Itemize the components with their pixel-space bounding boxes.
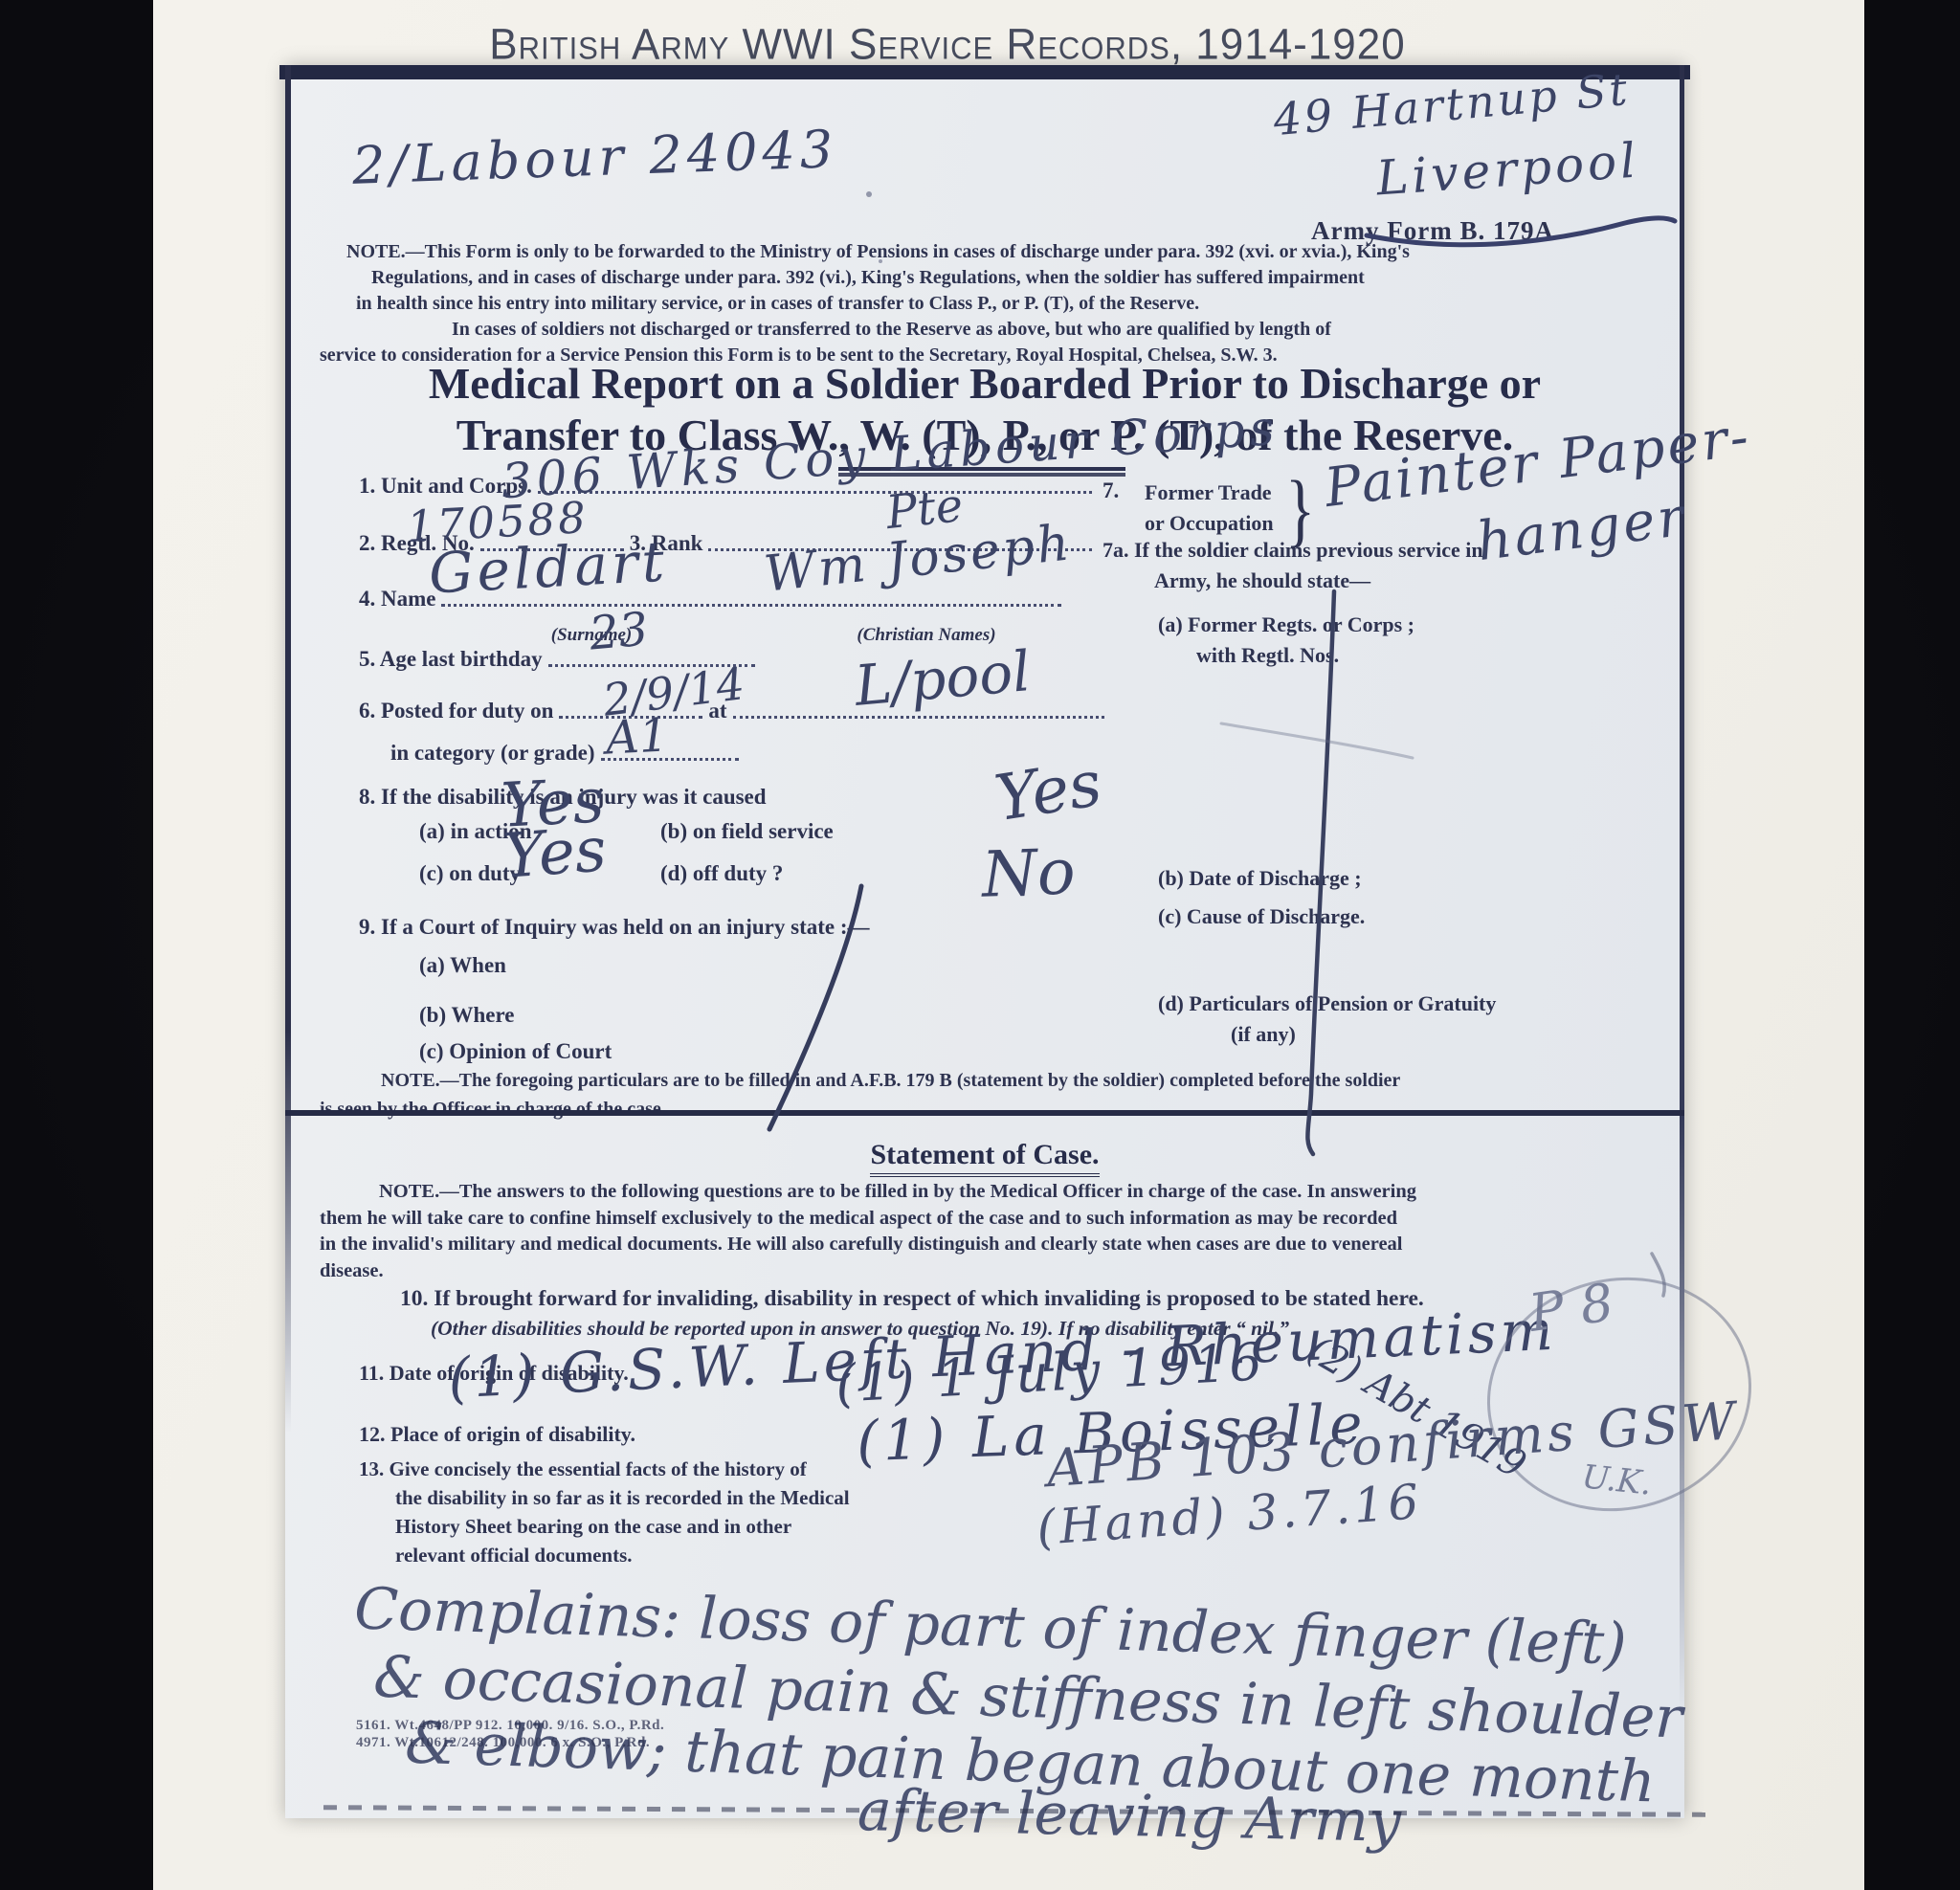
q7a-b: (b) Date of Discharge ; [1158, 866, 1362, 891]
ink-speck1 [866, 191, 872, 197]
q13-line4: relevant official documents. [395, 1541, 850, 1569]
form-title-line1: Medical Report on a Soldier Boarded Prio… [285, 358, 1684, 410]
handwritten-age: 23 [588, 606, 650, 656]
q7a-a2: with Regtl. Nos. [1196, 643, 1339, 668]
print-code-line1: 5161. Wt.4648/PP 912. 10,000. 9/16. S.O.… [356, 1717, 664, 1734]
handwritten-field-service: Yes [991, 752, 1106, 832]
q13-line1: 13. Give concisely the essential facts o… [359, 1455, 850, 1483]
q7a-d1: (d) Particulars of Pension or Gratuity [1158, 991, 1496, 1016]
note3-line2: them he will take care to confine himsel… [320, 1206, 1659, 1233]
statement-of-case-heading: Statement of Case. [746, 1139, 1224, 1171]
handwritten-category: A1 [605, 712, 670, 761]
q13-line3: History Sheet bearing on the case and in… [395, 1512, 850, 1541]
handwritten-on-duty: Yes [501, 819, 609, 887]
q6b-label: in category (or grade) [390, 741, 595, 766]
q4-dotted-line [441, 603, 1061, 607]
q9c-label: (c) Opinion of Court [419, 1039, 612, 1064]
note3-line1: NOTE.—The answers to the following quest… [379, 1179, 1659, 1206]
form-right-border [1680, 65, 1684, 1818]
q6-dotted-line2 [733, 715, 1104, 719]
q13-line2: the disability in so far as it is record… [395, 1483, 850, 1512]
note1-line1: NOTE.—This Form is only to be forwarded … [346, 239, 1638, 265]
photographed-record-page: British Army WWI Service Records, 1914-1… [0, 0, 1960, 1890]
handwritten-posted-place: L/pool [853, 643, 1033, 714]
handwritten-trade-line2: hanger [1474, 491, 1688, 569]
faint-pencil-stroke [1221, 723, 1413, 758]
pencil-uk-note: U.K. [1580, 1460, 1653, 1500]
q7a-a1: (a) Former Regts. or Corps ; [1158, 612, 1414, 637]
handwritten-complaint-line4: after leaving Army [857, 1782, 1401, 1851]
q7a-c: (c) Cause of Discharge. [1158, 904, 1365, 929]
section-divider-rule [285, 1110, 1684, 1116]
form-left-border [285, 65, 291, 1818]
note1-line2: Regulations, and in cases of discharge u… [371, 265, 1638, 291]
note3-line3: in the invalid's military and medical do… [320, 1232, 1659, 1258]
q9b-label: (b) Where [419, 1003, 514, 1028]
q7-number: 7. [1102, 478, 1119, 503]
q4-label: 4. Name [359, 587, 435, 611]
q6-label: 6. Posted for duty on [359, 699, 553, 723]
q9-label: 9. If a Court of Inquiry was held on an … [359, 915, 870, 940]
q10-line1: 10. If brought forward for invaliding, d… [400, 1286, 1424, 1312]
collection-title: British Army WWI Service Records, 1914-1… [230, 20, 1665, 70]
q7a-line2: Army, he should state— [1154, 568, 1370, 593]
handwritten-surname: Geldart [428, 533, 670, 601]
q7a-d2: (if any) [1231, 1022, 1296, 1047]
note1-line4: In cases of soldiers not discharged or t… [452, 317, 1638, 343]
handwritten-address-line2: Liverpool [1375, 136, 1641, 202]
q7-trade-line1: Former Trade [1145, 480, 1272, 505]
scanned-form: 2/Labour 24043 49 Hartnup St Liverpool A… [285, 65, 1684, 1818]
q12-label: 12. Place of origin of disability. [359, 1422, 635, 1447]
note3-line4: disease. [320, 1258, 1659, 1285]
q8d-label: (d) off duty ? [660, 861, 783, 886]
note1-line3: in health since his entry into military … [356, 291, 1638, 317]
q8b-label: (b) on field service [660, 819, 834, 844]
q7a-line1: 7a. If the soldier claims previous servi… [1102, 538, 1483, 563]
handwritten-off-duty: No [981, 840, 1077, 906]
q9a-label: (a) When [419, 953, 506, 978]
q7-trade-line2: or Occupation [1145, 511, 1274, 536]
handwritten-reference: 2/Labour 24043 [351, 123, 838, 192]
q5-label: 5. Age last birthday [359, 647, 543, 672]
statement-heading-text: Statement of Case. [870, 1139, 1099, 1177]
note2-line1: NOTE.—The foregoing particulars are to b… [381, 1068, 1673, 1094]
print-code-line2: 4971. Wt.10612/248. 100,000. 6 x. S.O., … [356, 1734, 664, 1751]
